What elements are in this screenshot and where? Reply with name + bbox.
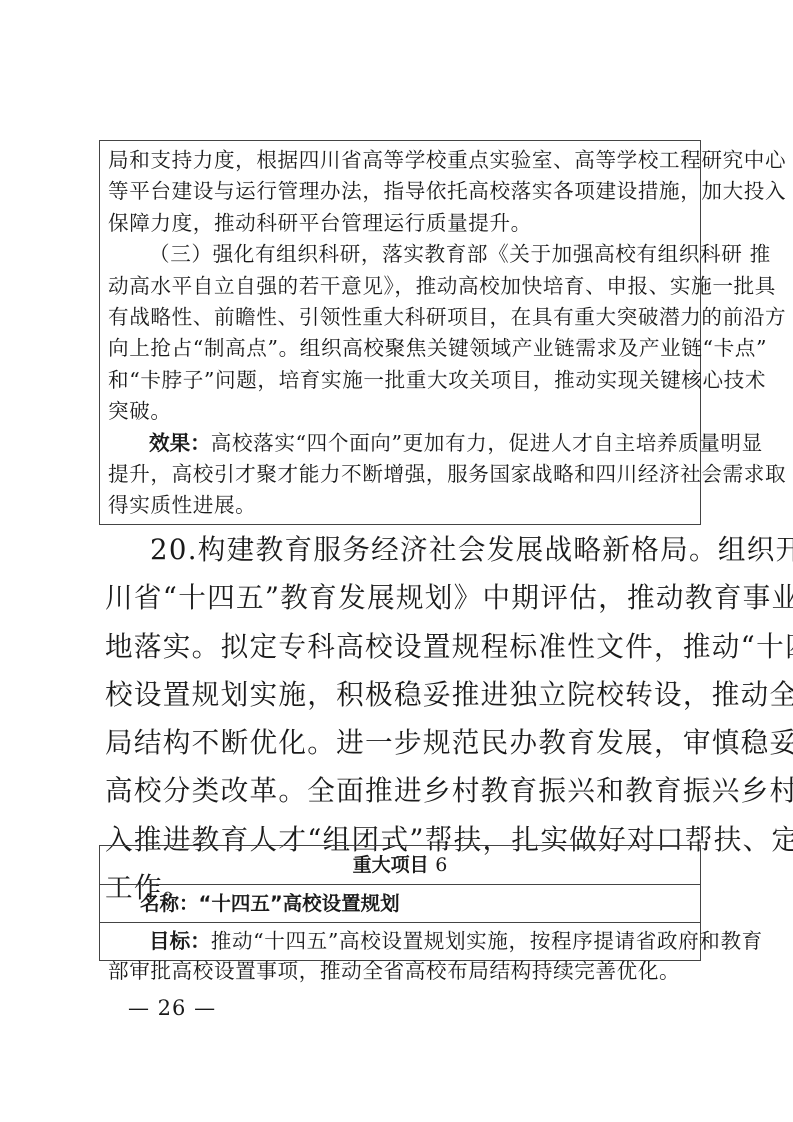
project-goal-row: 目标：推动“十四五”高校设置规划实施，按程序提请省政府和教育 部审批高校设置事项… (100, 923, 700, 986)
page-number: — 26 — (128, 996, 216, 1020)
paragraph-line: 川省“十四五”教育发展规划》中期评估，推动教育事业规划落 (105, 574, 699, 622)
box-line: 局和支持力度，根据四川省高等学校重点实验室、高等学校工程研究中心 (108, 145, 692, 176)
project-name-row: 名称：“十四五”高校设置规划 (100, 885, 700, 923)
paragraph-line: 校设置规划实施，积极稳妥推进独立院校转设，推动全省高校布 (105, 671, 699, 719)
goal-label: 目标： (149, 929, 211, 953)
box-line: 和“卡脖子”问题，培育实施一批重大攻关项目，推动实现关键核心技术 (108, 365, 692, 396)
major-project-table: 重大项目 6 名称：“十四五”高校设置规划 目标：推动“十四五”高校设置规划实施… (99, 845, 701, 961)
paragraph-line: 20.构建教育服务经济社会发展战略新格局。组织开展《四 (105, 526, 699, 574)
box-line: 突破。 (108, 396, 692, 427)
goal-text: 推动“十四五”高校设置规划实施，按程序提请省政府和教育 (211, 929, 763, 953)
box-line: 得实质性进展。 (108, 490, 692, 521)
effect-line: 效果：高校落实“四个面向”更加有力，促进人才自主培养质量明显 (108, 428, 692, 459)
paragraph-line: 高校分类改革。全面推进乡村教育振兴和教育振兴乡村工作。深 (105, 767, 699, 815)
box-line: （三）强化有组织科研，落实教育部《关于加强高校有组织科研 推 (108, 239, 692, 270)
paragraph-line: 局结构不断优化。进一步规范民办教育发展，审慎稳妥推进民办 (105, 719, 699, 767)
goal-line: 目标：推动“十四五”高校设置规划实施，按程序提请省政府和教育 (108, 926, 692, 956)
box-line: 保障力度，推动科研平台管理运行质量提升。 (108, 208, 692, 239)
project-title: 重大项目 (353, 854, 429, 876)
paragraph-line: 地落实。拟定专科高校设置规程标准性文件，推动“十四五”高 (105, 623, 699, 671)
effect-label: 效果： (149, 431, 211, 455)
project-title-row: 重大项目 6 (100, 846, 700, 885)
project-number: 6 (435, 854, 447, 876)
box-line: 等平台建设与运行管理办法，指导依托高校落实各项建设措施，加大投入 (108, 176, 692, 207)
box-line: 向上抢占“制高点”。组织高校聚焦关键领域产业链需求及产业链“卡点” (108, 333, 692, 364)
box-line: 动高水平自立自强的若干意见》，推动高校加快培育、申报、实施一批具 (108, 271, 692, 302)
box-line: 有战略性、前瞻性、引领性重大科研项目，在具有重大突破潜力的前沿方 (108, 302, 692, 333)
effect-text: 高校落实“四个面向”更加有力，促进人才自主培养质量明显 (211, 431, 763, 455)
goal-line: 部审批高校设置事项，推动全省高校布局结构持续完善优化。 (108, 956, 692, 986)
text-box-research: 局和支持力度，根据四川省高等学校重点实验室、高等学校工程研究中心 等平台建设与运… (99, 140, 701, 525)
box-line: 提升，高校引才聚才能力不断增强，服务国家战略和四川经济社会需求取 (108, 459, 692, 490)
